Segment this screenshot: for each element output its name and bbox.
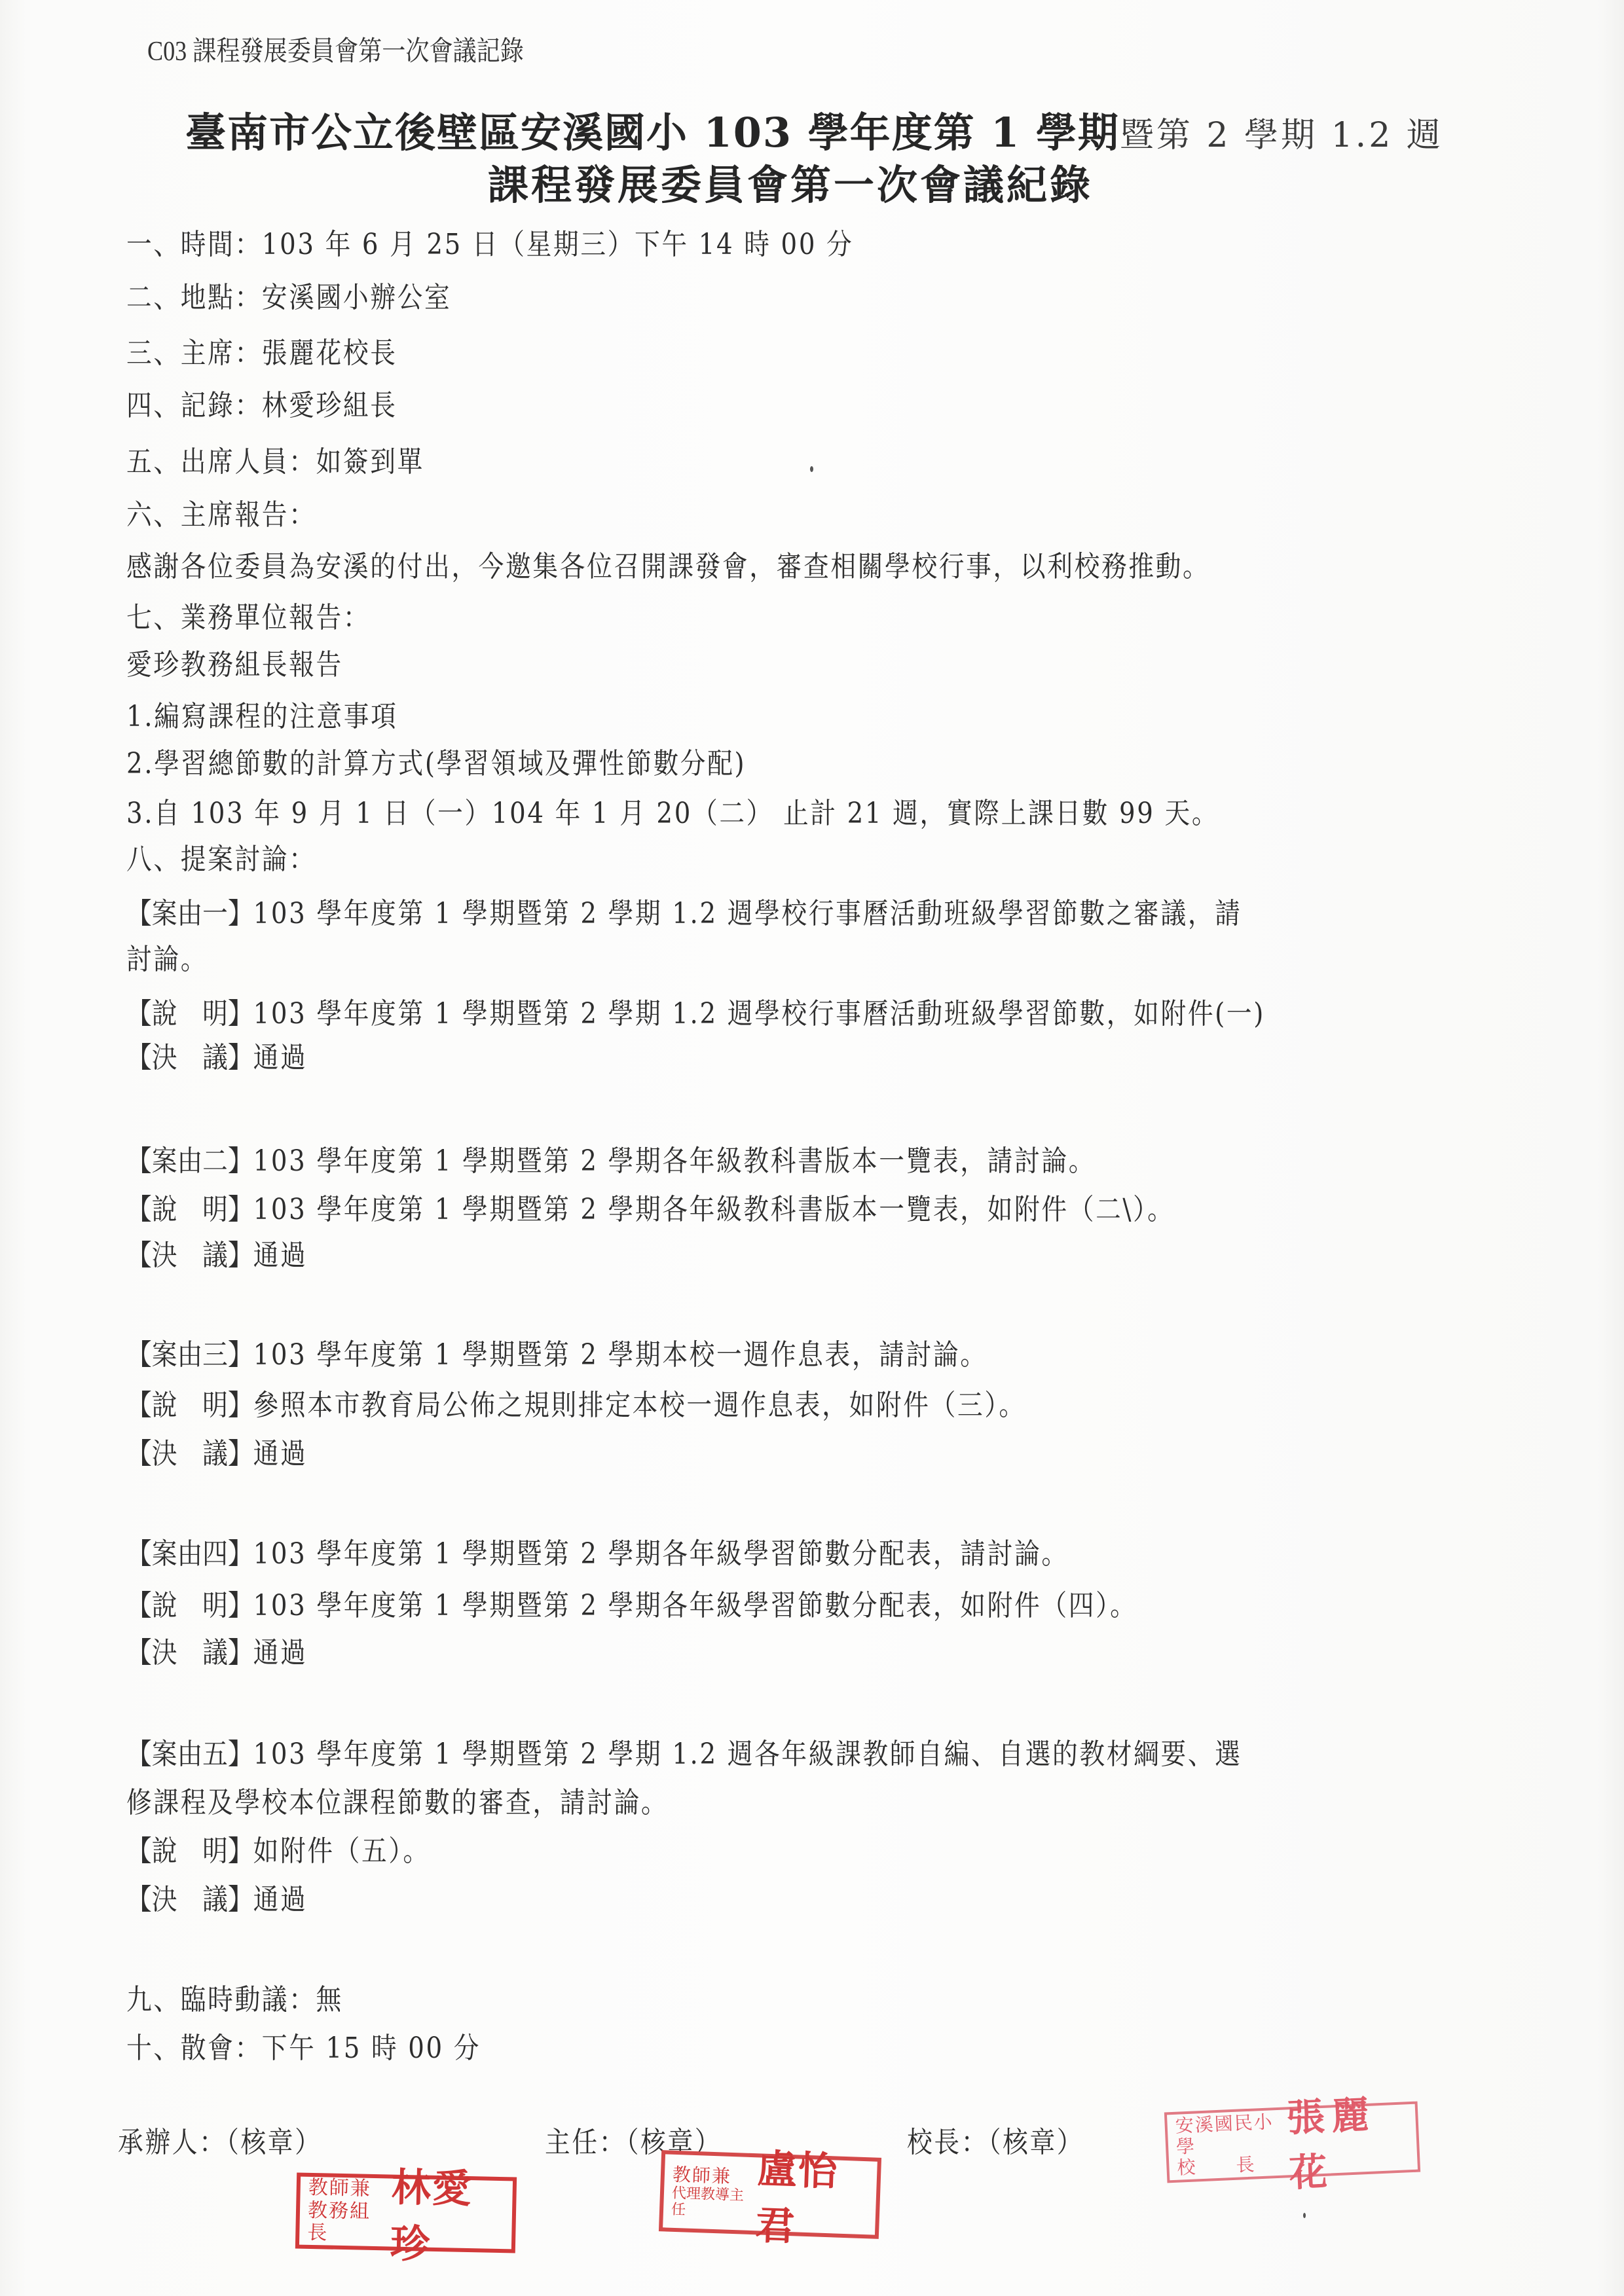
explain-text: 如附件（五）。	[253, 1834, 430, 1868]
seal-title: 教師兼 代理教導主任	[671, 2164, 752, 2221]
explain-text: 103 學年度第 1 學期暨第 2 學期 1.2 週學校行事曆活動班級學習節數，…	[253, 997, 1265, 1030]
seal-stamp-principal: 安溪國民小學 校 長 張麗花	[1164, 2102, 1420, 2183]
resolution-text: 通過	[253, 1437, 308, 1470]
explain-label: 【說 明】	[126, 997, 253, 1030]
info-value: 103 年 6 月 25 日（星期三）下午 14 時 00 分	[262, 228, 854, 261]
case-text: 103 學年度第 1 學期暨第 2 學期 1.2 週學校行事曆活動班級學習節數之…	[253, 897, 1242, 930]
document-title-line-2: 課程發展委員會第一次會議紀錄	[488, 165, 1093, 206]
info-label: 四、記錄：	[126, 389, 262, 422]
explain-text: 103 學年度第 1 學期暨第 2 學期各年級教科書版本一覽表，如附件（二\）。	[253, 1193, 1175, 1226]
unit-reporter: 愛珍教務組長報告	[126, 651, 343, 680]
case-text: 103 學年度第 1 學期暨第 2 學期 1.2 週各年級課教師自編、自選的教材…	[253, 1738, 1242, 1771]
case-label: 【案由五】	[126, 1738, 253, 1771]
case-text: 103 學年度第 1 學期暨第 2 學期各年級學習節數分配表，請討論。	[253, 1537, 1069, 1571]
case-text: 103 學年度第 1 學期暨第 2 學期各年級教科書版本一覽表，請討論。	[253, 1144, 1096, 1178]
case-label: 【案由二】	[126, 1144, 253, 1178]
proposal-4-case: 【案由四】103 學年度第 1 學期暨第 2 學期各年級學習節數分配表，請討論。	[126, 1540, 1069, 1569]
resolution-label: 【決 議】	[126, 1883, 253, 1916]
info-value: 林愛珍組長	[262, 389, 397, 422]
proposals-heading: 八、提案討論：	[126, 845, 316, 874]
unit-report-heading: 七、業務單位報告：	[126, 604, 370, 632]
proposal-3-explain: 【說 明】參照本市教育局公佈之規則排定本校一週作息表，如附件（三）。	[126, 1391, 1026, 1420]
seal-title-line: 教師兼	[308, 2177, 386, 2201]
info-label: 二、地點：	[126, 281, 262, 314]
document-code-header: C03 課程發展委員會第一次會議記錄	[147, 38, 524, 65]
proposal-3-resolution: 【決 議】通過	[126, 1440, 307, 1468]
case-label: 【案由三】	[126, 1338, 253, 1372]
proposal-1-case-cont: 討論。	[126, 945, 208, 974]
unit-report-item: 2.學習總節數的計算方式(學習領域及彈性節數分配)	[126, 750, 746, 778]
unit-report-item: 3.自 103 年 9 月 1 日（一）104 年 1 月 20（二） 止計 2…	[126, 799, 1219, 828]
seal-title-line: 代理教導主任	[671, 2185, 752, 2221]
proposal-5-case: 【案由五】103 學年度第 1 學期暨第 2 學期 1.2 週各年級課教師自編、…	[126, 1740, 1242, 1769]
info-label: 一、時間：	[126, 228, 262, 261]
proposal-5-resolution: 【決 議】通過	[126, 1886, 307, 1914]
info-location: 二、地點：安溪國小辦公室	[126, 283, 451, 312]
explain-label: 【說 明】	[126, 1193, 253, 1226]
extempore-motion: 九、臨時動議：無	[126, 1986, 343, 2014]
proposal-5-explain: 【說 明】如附件（五）。	[126, 1837, 430, 1866]
title-suffix: 暨第 2 學期 1.2 週	[1120, 116, 1443, 155]
resolution-text: 通過	[253, 1041, 308, 1074]
seal-title-line: 教務組長	[307, 2200, 386, 2246]
resolution-label: 【決 議】	[126, 1636, 253, 1669]
unit-report-item: 1.編寫課程的注意事項	[126, 702, 397, 731]
proposal-1-explain: 【說 明】103 學年度第 1 學期暨第 2 學期 1.2 週學校行事曆活動班級…	[126, 1000, 1265, 1029]
seal-stamp-handler: 教師兼 教務組長 林愛珍	[295, 2172, 517, 2253]
resolution-label: 【決 議】	[126, 1239, 253, 1272]
proposal-4-resolution: 【決 議】通過	[126, 1639, 307, 1667]
resolution-label: 【決 議】	[126, 1041, 253, 1074]
resolution-label: 【決 議】	[126, 1437, 253, 1470]
case-label: 【案由一】	[126, 897, 253, 930]
scan-speck	[1303, 2213, 1306, 2218]
scan-speck	[810, 466, 813, 472]
info-recorder: 四、記錄：林愛珍組長	[126, 392, 397, 420]
info-value: 如簽到單	[316, 445, 424, 479]
explain-label: 【說 明】	[126, 1389, 253, 1422]
seal-title-line: 教師兼	[672, 2164, 752, 2187]
seal-name: 盧怡君	[754, 2138, 870, 2254]
info-chair: 三、主席：張麗花校長	[126, 339, 397, 368]
proposal-2-resolution: 【決 議】通過	[126, 1241, 307, 1270]
adjournment: 十、散會：下午 15 時 00 分	[126, 2034, 481, 2063]
proposal-2-explain: 【說 明】103 學年度第 1 學期暨第 2 學期各年級教科書版本一覽表，如附件…	[126, 1195, 1174, 1224]
signature-label-handler: 承辦人：（核章）	[118, 2128, 322, 2157]
title-main: 臺南市公立後壁區安溪國小 103 學年度第 1 學期	[185, 109, 1120, 156]
proposal-1-resolution: 【決 議】通過	[126, 1044, 307, 1072]
proposal-4-explain: 【說 明】103 學年度第 1 學期暨第 2 學期各年級學習節數分配表，如附件（…	[126, 1592, 1137, 1620]
proposal-5-case-cont: 修課程及學校本位課程節數的審查，請討論。	[126, 1789, 668, 1817]
seal-title: 教師兼 教務組長	[307, 2177, 386, 2246]
info-label: 五、出席人員：	[126, 445, 316, 479]
info-label: 六、主席報告：	[126, 498, 316, 532]
case-text: 103 學年度第 1 學期暨第 2 學期本校一週作息表，請討論。	[253, 1338, 987, 1372]
info-chair-report-heading: 六、主席報告：	[126, 501, 316, 530]
proposal-2-case: 【案由二】103 學年度第 1 學期暨第 2 學期各年級教科書版本一覽表，請討論…	[126, 1147, 1096, 1176]
seal-stamp-director: 教師兼 代理教導主任 盧怡君	[659, 2150, 881, 2239]
seal-title-line: 安溪國民小學	[1175, 2111, 1283, 2157]
seal-title: 安溪國民小學 校 長	[1175, 2111, 1284, 2179]
info-label: 三、主席：	[126, 337, 262, 370]
explain-label: 【說 明】	[126, 1834, 253, 1868]
resolution-text: 通過	[253, 1636, 308, 1669]
seal-name: 林愛珍	[390, 2157, 506, 2272]
info-value: 安溪國小辦公室	[262, 281, 452, 314]
proposal-1-case: 【案由一】103 學年度第 1 學期暨第 2 學期 1.2 週學校行事曆活動班級…	[126, 900, 1242, 928]
info-attendees: 五、出席人員：如簽到單	[126, 448, 424, 477]
case-label: 【案由四】	[126, 1537, 253, 1571]
resolution-text: 通過	[253, 1239, 308, 1272]
chair-report-text: 感謝各位委員為安溪的付出，今邀集各位召開課發會，審查相關學校行事，以利校務推動。	[126, 553, 1209, 581]
explain-text: 103 學年度第 1 學期暨第 2 學期各年級學習節數分配表，如附件（四）。	[253, 1589, 1137, 1622]
proposal-3-case: 【案由三】103 學年度第 1 學期暨第 2 學期本校一週作息表，請討論。	[126, 1341, 987, 1370]
explain-text: 參照本市教育局公佈之規則排定本校一週作息表，如附件（三）。	[253, 1389, 1026, 1422]
document-title-line-1: 臺南市公立後壁區安溪國小 103 學年度第 1 學期暨第 2 學期 1.2 週	[185, 113, 1443, 153]
signature-label-principal: 校長：（核章）	[907, 2128, 1084, 2157]
resolution-text: 通過	[253, 1883, 308, 1916]
explain-label: 【說 明】	[126, 1589, 253, 1622]
info-time: 一、時間：103 年 6 月 25 日（星期三）下午 14 時 00 分	[126, 230, 853, 259]
seal-title-line: 校 長	[1177, 2153, 1284, 2179]
seal-name: 張麗花	[1285, 2082, 1411, 2197]
info-value: 張麗花校長	[262, 337, 397, 370]
